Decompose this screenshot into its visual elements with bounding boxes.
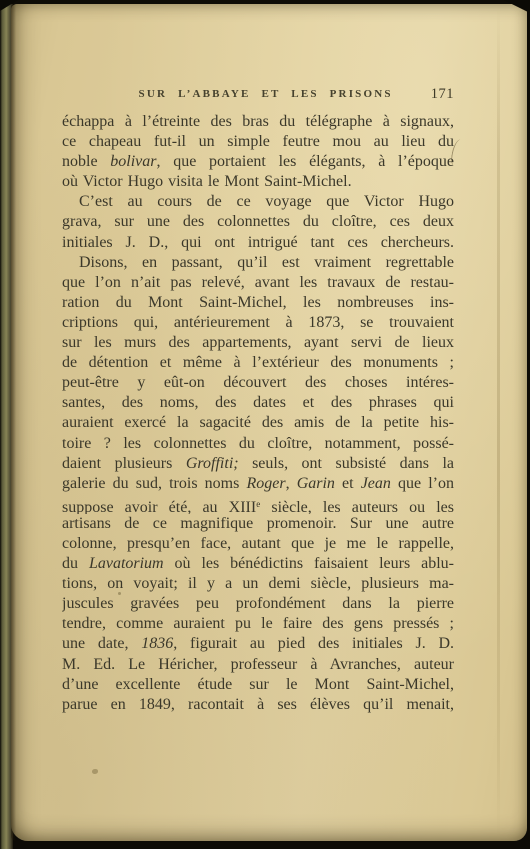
text-block: échappa à l’étreinte des bras du télégra…: [62, 112, 454, 715]
italic-text-run: Lavatorium: [89, 555, 164, 572]
text-run: suppose avoir été, au XIII: [62, 499, 256, 514]
text-line: du Lavatorium où les bénédictins faisaie…: [62, 554, 454, 574]
text-line: santes, des noms, des dates et des phras…: [62, 393, 454, 413]
text-run: où les bénédictins faisaient leurs ablu-: [164, 555, 454, 572]
text-run: noble: [62, 153, 110, 170]
italic-text-run: Roger: [246, 475, 285, 492]
text-run: une date,: [62, 635, 141, 652]
text-run: M. Ed. Le Héricher, professeur à Avranch…: [62, 656, 454, 673]
text-run: peut-être y eût-on découvert des choses …: [62, 374, 454, 391]
text-line: ration du Mont Saint-Michel, les nombreu…: [62, 293, 454, 313]
text-line: échappa à l’étreinte des bras du télégra…: [62, 112, 454, 132]
text-run: d’une excellente étude sur le Mont Saint…: [62, 676, 454, 693]
text-run: colonne, presqu’en face, autant que je m…: [62, 535, 454, 552]
text-line: sur les murs des appartements, ayant ser…: [62, 333, 454, 353]
text-run: que l’on: [391, 475, 454, 492]
text-line: que l’on n’ait pas relevé, avant les tra…: [62, 273, 454, 293]
top-edge-shadow: [0, 0, 530, 4]
text-run: C’est au cours de ce voyage que Victor H…: [79, 193, 454, 210]
text-run: grava, sur une des colonnettes du cloîtr…: [62, 213, 454, 230]
text-line: C’est au cours de ce voyage que Victor H…: [62, 192, 454, 212]
scanned-page-view: SUR L’ABBAYE ET LES PRISONS 171 échappa …: [0, 0, 530, 849]
text-run: tendre, comme auraient pu le faire des g…: [62, 615, 454, 632]
text-run: parue en 1849, racontait à ses élèves qu…: [62, 696, 454, 713]
text-run: auraient exercé la sagacité des amis de …: [62, 414, 454, 431]
text-line: M. Ed. Le Héricher, professeur à Avranch…: [62, 655, 454, 675]
text-run: où Victor Hugo visita le Mont Saint-Mich…: [62, 173, 352, 190]
text-line: auraient exercé la sagacité des amis de …: [62, 413, 454, 433]
text-line: criptions qui, antérieurement à 1873, se…: [62, 313, 454, 333]
text-line: daient plusieurs Groffiti; seuls, ont su…: [62, 454, 454, 474]
text-run: juscules gravées peu profondément dans l…: [62, 595, 454, 612]
text-run: de détention et même à l’extérieur des m…: [62, 354, 454, 371]
text-run: échappa à l’étreinte des bras du télégra…: [62, 113, 454, 130]
text-run: galerie du sud, trois noms: [62, 475, 246, 492]
running-title: SUR L’ABBAYE ET LES PRISONS: [139, 88, 393, 100]
text-run: initiales J. D., qui ont intrigué tant c…: [62, 234, 454, 251]
italic-text-run: Jean: [361, 475, 391, 492]
text-run: daient plusieurs: [62, 455, 186, 472]
text-run: Disons, en passant, qu’il est vraiment r…: [79, 254, 454, 271]
text-line: colonne, presqu’en face, autant que je m…: [62, 534, 454, 554]
text-line: juscules gravées peu profondément dans l…: [62, 594, 454, 614]
text-line: galerie du sud, trois noms Roger, Garin …: [62, 474, 454, 494]
text-run: , figurait au pied des initiales J. D.: [173, 635, 454, 652]
text-run: artisans de ce magnifique promenoir. Sur…: [62, 515, 454, 532]
text-run: tions, on voyait; il y a un demi siècle,…: [62, 575, 454, 592]
italic-text-run: bolivar: [110, 153, 156, 170]
text-run: et: [335, 475, 361, 492]
ink-speck: [92, 769, 98, 774]
text-line: parue en 1849, racontait à ses élèves qu…: [62, 695, 454, 715]
text-line: suppose avoir été, au XIIIe siècle, les …: [62, 494, 454, 514]
text-line: initiales J. D., qui ont intrigué tant c…: [62, 233, 454, 253]
text-run: toire ? les colonnettes du cloître, nota…: [62, 435, 454, 452]
text-line: tions, on voyait; il y a un demi siècle,…: [62, 574, 454, 594]
text-line: grava, sur une des colonnettes du cloîtr…: [62, 212, 454, 232]
text-line: noble bolivar, que portaient les élégant…: [62, 152, 454, 172]
text-run: ce chapeau fut-il un simple feutre mou a…: [62, 133, 454, 150]
text-run: que l’on n’ait pas relevé, avant les tra…: [62, 274, 454, 291]
text-line: tendre, comme auraient pu le faire des g…: [62, 614, 454, 634]
text-run: ration du Mont Saint-Michel, les nombreu…: [62, 294, 454, 311]
text-line: de détention et même à l’extérieur des m…: [62, 353, 454, 373]
text-run: santes, des noms, des dates et des phras…: [62, 394, 454, 411]
running-header: SUR L’ABBAYE ET LES PRISONS 171: [62, 86, 454, 104]
text-line: où Victor Hugo visita le Mont Saint-Mich…: [62, 172, 454, 192]
page-number: 171: [431, 86, 454, 103]
italic-text-run: 1836: [141, 635, 173, 652]
text-run: ,: [286, 475, 297, 492]
text-run: seuls, ont subsisté dans la: [239, 455, 454, 472]
text-line: ce chapeau fut-il un simple feutre mou a…: [62, 132, 454, 152]
text-run: criptions qui, antérieurement à 1873, se…: [62, 314, 454, 331]
text-line: Disons, en passant, qu’il est vraiment r…: [62, 253, 454, 273]
text-run: , que portaient les élégants, à l’époque: [156, 153, 454, 170]
text-run: sur les murs des appartements, ayant ser…: [62, 334, 454, 351]
text-run: siècle, les auteurs ou les: [260, 499, 454, 514]
page-crease: [497, 4, 500, 841]
italic-text-run: Garin: [297, 475, 335, 492]
text-run: du: [62, 555, 89, 572]
text-line: artisans de ce magnifique promenoir. Sur…: [62, 514, 454, 534]
text-line: d’une excellente étude sur le Mont Saint…: [62, 675, 454, 695]
italic-text-run: Groffiti;: [186, 455, 239, 472]
text-line: peut-être y eût-on découvert des choses …: [62, 373, 454, 393]
text-line: toire ? les colonnettes du cloître, nota…: [62, 434, 454, 454]
ink-speck: [118, 592, 121, 595]
text-line: une date, 1836, figurait au pied des ini…: [62, 634, 454, 654]
